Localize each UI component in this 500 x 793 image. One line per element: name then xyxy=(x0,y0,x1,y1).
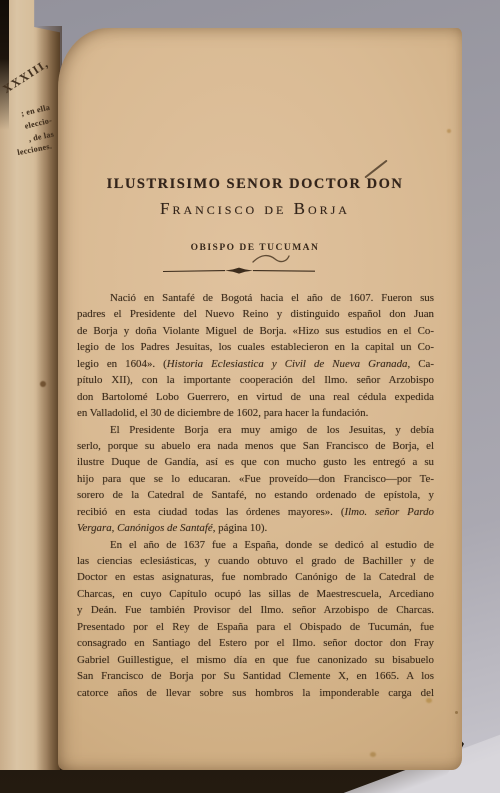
text-line: San Francisco de Borja por Su Santidad C… xyxy=(77,670,434,686)
text-line: legio en 1604». (Historia Eclesiastica y… xyxy=(77,358,434,374)
text-line: don Bartolomé Lobo Guerrero, en virtud d… xyxy=(77,391,434,407)
foxing-spot xyxy=(40,381,46,387)
text-line: Presentado por el Rey de España para el … xyxy=(77,621,434,637)
text-line: catorce años de llevar sobre sus hombros… xyxy=(77,687,434,703)
divider-ornament xyxy=(163,266,315,276)
page-title-line2: Francisco de Borja xyxy=(77,199,433,219)
text-line: Nació en Santafé de Bogotá hacia el año … xyxy=(77,292,434,308)
text-line: El Presidente Borja era muy amigo de los… xyxy=(77,424,434,440)
text-line: padres el Presidente del Nuevo Reino y d… xyxy=(77,308,434,324)
foxing-spot xyxy=(426,698,432,703)
text-line: Charcas, en cuyo Capítulo ocupó las sill… xyxy=(77,588,434,604)
text-line: serlo, porque su abuelo era nada menos q… xyxy=(77,440,434,456)
squiggle-ink-mark xyxy=(250,252,292,266)
text-line: de Borja y doña Violante Miguel de Borja… xyxy=(77,325,434,341)
foxing-spot xyxy=(370,752,376,757)
text-line: En el año de 1637 fue a España, donde se… xyxy=(77,539,434,555)
page-title-line1: ILUSTRISIMO SENOR DOCTOR DON xyxy=(77,176,433,193)
text-line: recibió en esta ciudad todas las órdenes… xyxy=(77,506,434,522)
text-line: las ciencias eclesiásticas, y cuando obt… xyxy=(77,555,434,571)
book-photo: XXXIII,; en ellaeleccio-, de lasleccione… xyxy=(0,0,500,793)
foxing-spot xyxy=(447,129,451,133)
text-line: pítulo XII), con la importante cooperaci… xyxy=(77,374,434,390)
text-line: Doctor en estas asignaturas, fue nombrad… xyxy=(77,571,434,587)
text-line: sorero de la Catedral de Santafé, no est… xyxy=(77,489,434,505)
text-line: Vergara, Canónigos de Santafé, página 10… xyxy=(77,522,434,538)
body-text: Nació en Santafé de Bogotá hacia el año … xyxy=(77,292,434,703)
text-line: y Deán. Fue también Provisor del Ilmo. s… xyxy=(77,604,434,620)
text-line: legio de los Padres Jesuitas, los cuales… xyxy=(77,341,434,357)
text-line: ilustre Duque de Gandía, así es que con … xyxy=(77,456,434,472)
text-line: Gabriel Guillestigue, el mismo día en qu… xyxy=(77,654,434,670)
foxing-spot xyxy=(455,711,458,714)
text-line: hijo para que se lo educaran. «Fue prove… xyxy=(77,473,434,489)
text-line: en Valladolid, el 30 de diciembre de 160… xyxy=(77,407,434,423)
book-spine-edge xyxy=(0,0,9,130)
book-page: ILUSTRISIMO SENOR DOCTOR DON Francisco d… xyxy=(58,28,462,770)
text-line: consagrado en Santiago del Estero por el… xyxy=(77,637,434,653)
